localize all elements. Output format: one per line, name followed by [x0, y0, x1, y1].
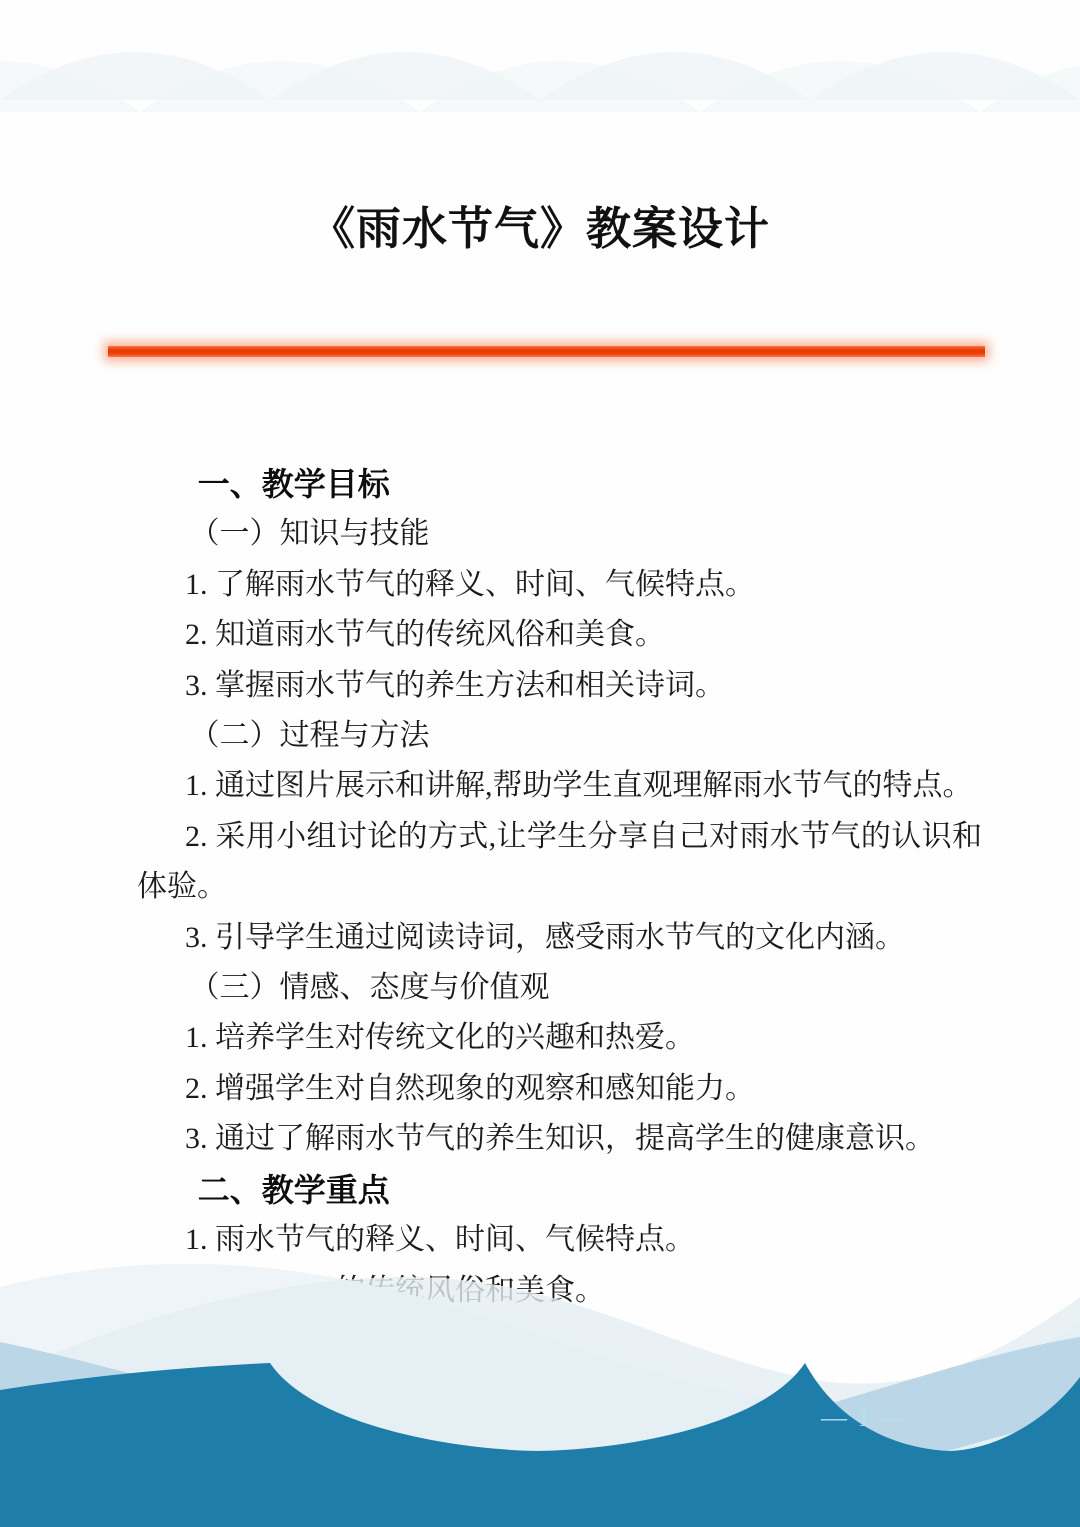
body-paragraph: 2. 知道雨水节气的传统风俗和美食。	[137, 610, 982, 660]
document-title: 《雨水节气》教案设计	[0, 192, 1080, 257]
page-number: — 1 —	[800, 1403, 930, 1433]
section-heading: 一、教学目标	[137, 459, 982, 509]
sub-heading: （一）知识与技能	[137, 509, 982, 559]
body-paragraph: 3. 掌握雨水节气的养生方法和相关诗词。	[137, 661, 982, 711]
sub-heading: （三）情感、态度与价值观	[137, 963, 982, 1013]
divider-line	[108, 346, 985, 357]
top-wave-decoration	[0, 0, 1080, 130]
body-paragraph: 2. 采用小组讨论的方式,让学生分享自己对雨水节气的认识和体验。	[137, 812, 982, 913]
bottom-wave-decoration	[0, 1227, 1080, 1527]
body-paragraph: 1. 了解雨水节气的释义、时间、气候特点。	[137, 560, 982, 610]
document-body: 一、教学目标（一）知识与技能1. 了解雨水节气的释义、时间、气候特点。2. 知道…	[137, 459, 982, 1316]
body-paragraph: 3. 通过了解雨水节气的养生知识，提高学生的健康意识。	[137, 1114, 982, 1164]
page-container: 《雨水节气》教案设计 一、教学目标（一）知识与技能1. 了解雨水节气的释义、时间…	[0, 0, 1080, 1527]
body-paragraph: 1. 通过图片展示和讲解,帮助学生直观理解雨水节气的特点。	[137, 761, 982, 811]
body-paragraph: 2. 增强学生对自然现象的观察和感知能力。	[137, 1064, 982, 1114]
section-heading: 二、教学重点	[137, 1165, 982, 1215]
sub-heading: （二）过程与方法	[137, 711, 982, 761]
body-paragraph: 1. 培养学生对传统文化的兴趣和热爱。	[137, 1013, 982, 1063]
body-paragraph: 3. 引导学生通过阅读诗词，感受雨水节气的文化内涵。	[137, 913, 982, 963]
